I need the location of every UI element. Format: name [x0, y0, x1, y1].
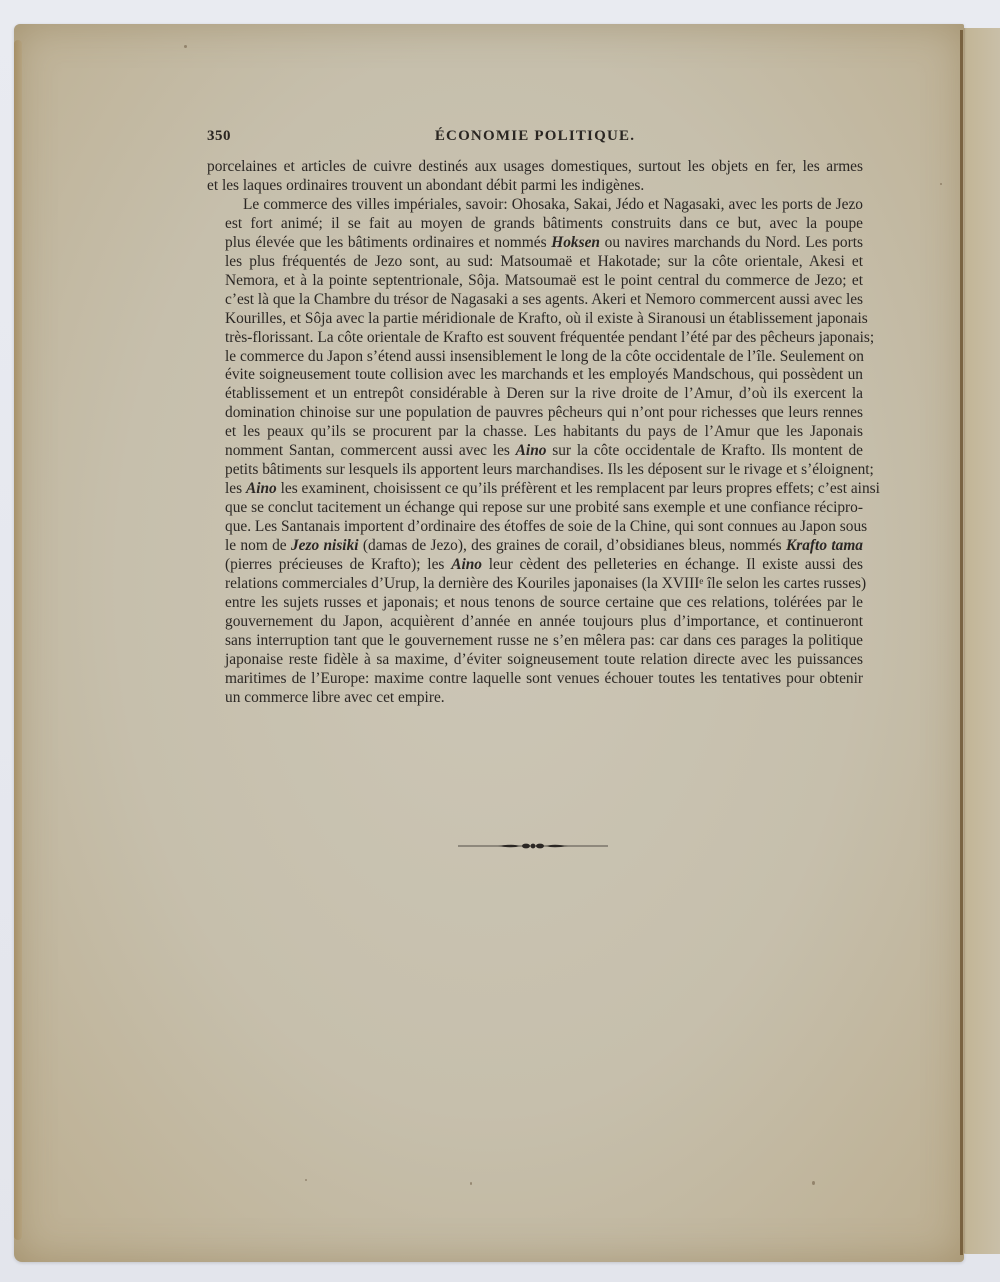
paragraph: porcelaines et articles de cuivre destin… [207, 158, 863, 196]
foxing-spot [184, 45, 187, 48]
text-line: Kourilles, et Sôja avec la partie méridi… [207, 310, 863, 329]
book-gutter [960, 30, 963, 1255]
italic-term: Hoksen [551, 234, 600, 251]
foxing-spot [812, 1181, 815, 1185]
text-line: Nemora, et à la pointe septentrionale, S… [207, 272, 863, 291]
italic-term: Aino [516, 442, 547, 459]
worn-page-edge [14, 40, 22, 1240]
italic-term: Jezo nisiki [291, 537, 359, 554]
text-line: japonaise reste fidèle à sa maxime, d’év… [207, 651, 863, 670]
text-line: Le commerce des villes impériales, savoi… [207, 196, 863, 215]
running-head: 350 ÉCONOMIE POLITIQUE. [207, 128, 863, 148]
text-line: c’est là que la Chambre du trésor de Nag… [207, 291, 863, 310]
text-line: relations commerciales d’Urup, la derniè… [207, 575, 863, 594]
text-line: que se conclut tacitement un échange qui… [207, 499, 863, 518]
text-line: très-florissant. La côte orientale de Kr… [207, 329, 863, 348]
running-title: ÉCONOMIE POLITIQUE. [207, 128, 863, 145]
paragraph: Le commerce des villes impériales, savoi… [207, 196, 863, 708]
foxing-spot [940, 183, 942, 185]
text-line: les Aino les examinent, choisissent ce q… [207, 480, 863, 499]
text-line: et les peaux qu’ils se procurent par la … [207, 423, 863, 442]
text-line: gouvernement du Japon, acquièrent d’anné… [207, 613, 863, 632]
italic-term: Aino [246, 480, 277, 497]
text-line: entre les sujets russes et japonais; et … [207, 594, 863, 613]
text-line: un commerce libre avec cet empire. [207, 689, 863, 708]
text-line: est fort animé; il se fait au moyen de g… [207, 215, 863, 234]
text-line: évite soigneusement toute collision avec… [207, 366, 863, 385]
body-text: porcelaines et articles de cuivre destin… [207, 158, 863, 708]
text-line: petits bâtiments sur lesquels ils apport… [207, 461, 863, 480]
text-line: le nom de Jezo nisiki (damas de Jezo), d… [207, 537, 863, 556]
text-line: le commerce du Japon s’étend aussi insen… [207, 348, 863, 367]
foxing-spot [305, 1179, 307, 1181]
foxing-spot [470, 1182, 472, 1185]
text-line: maritimes de l’Europe: maxime contre laq… [207, 670, 863, 689]
tailpiece-ornament-icon [458, 840, 608, 852]
italic-term: Aino [451, 556, 482, 573]
text-line: porcelaines et articles de cuivre destin… [207, 158, 863, 177]
text-line: sans interruption tant que le gouverneme… [207, 632, 863, 651]
text-line: les plus fréquentés de Jezo sont, au sud… [207, 253, 863, 272]
text-line: établissement et un entrepôt considérabl… [207, 385, 863, 404]
text-line: domination chinoise sur une population d… [207, 404, 863, 423]
text-line: plus élevée que les bâtiments ordinaires… [207, 234, 863, 253]
adjacent-page-edge [962, 28, 1000, 1254]
text-line: que. Les Santanais importent d’ordinaire… [207, 518, 863, 537]
text-line: (pierres précieuses de Krafto); les Aino… [207, 556, 863, 575]
italic-term: Krafto tama [786, 537, 863, 554]
text-line: nomment Santan, commercent aussi avec le… [207, 442, 863, 461]
text-line: et les laques ordinaires trouvent un abo… [207, 177, 863, 196]
